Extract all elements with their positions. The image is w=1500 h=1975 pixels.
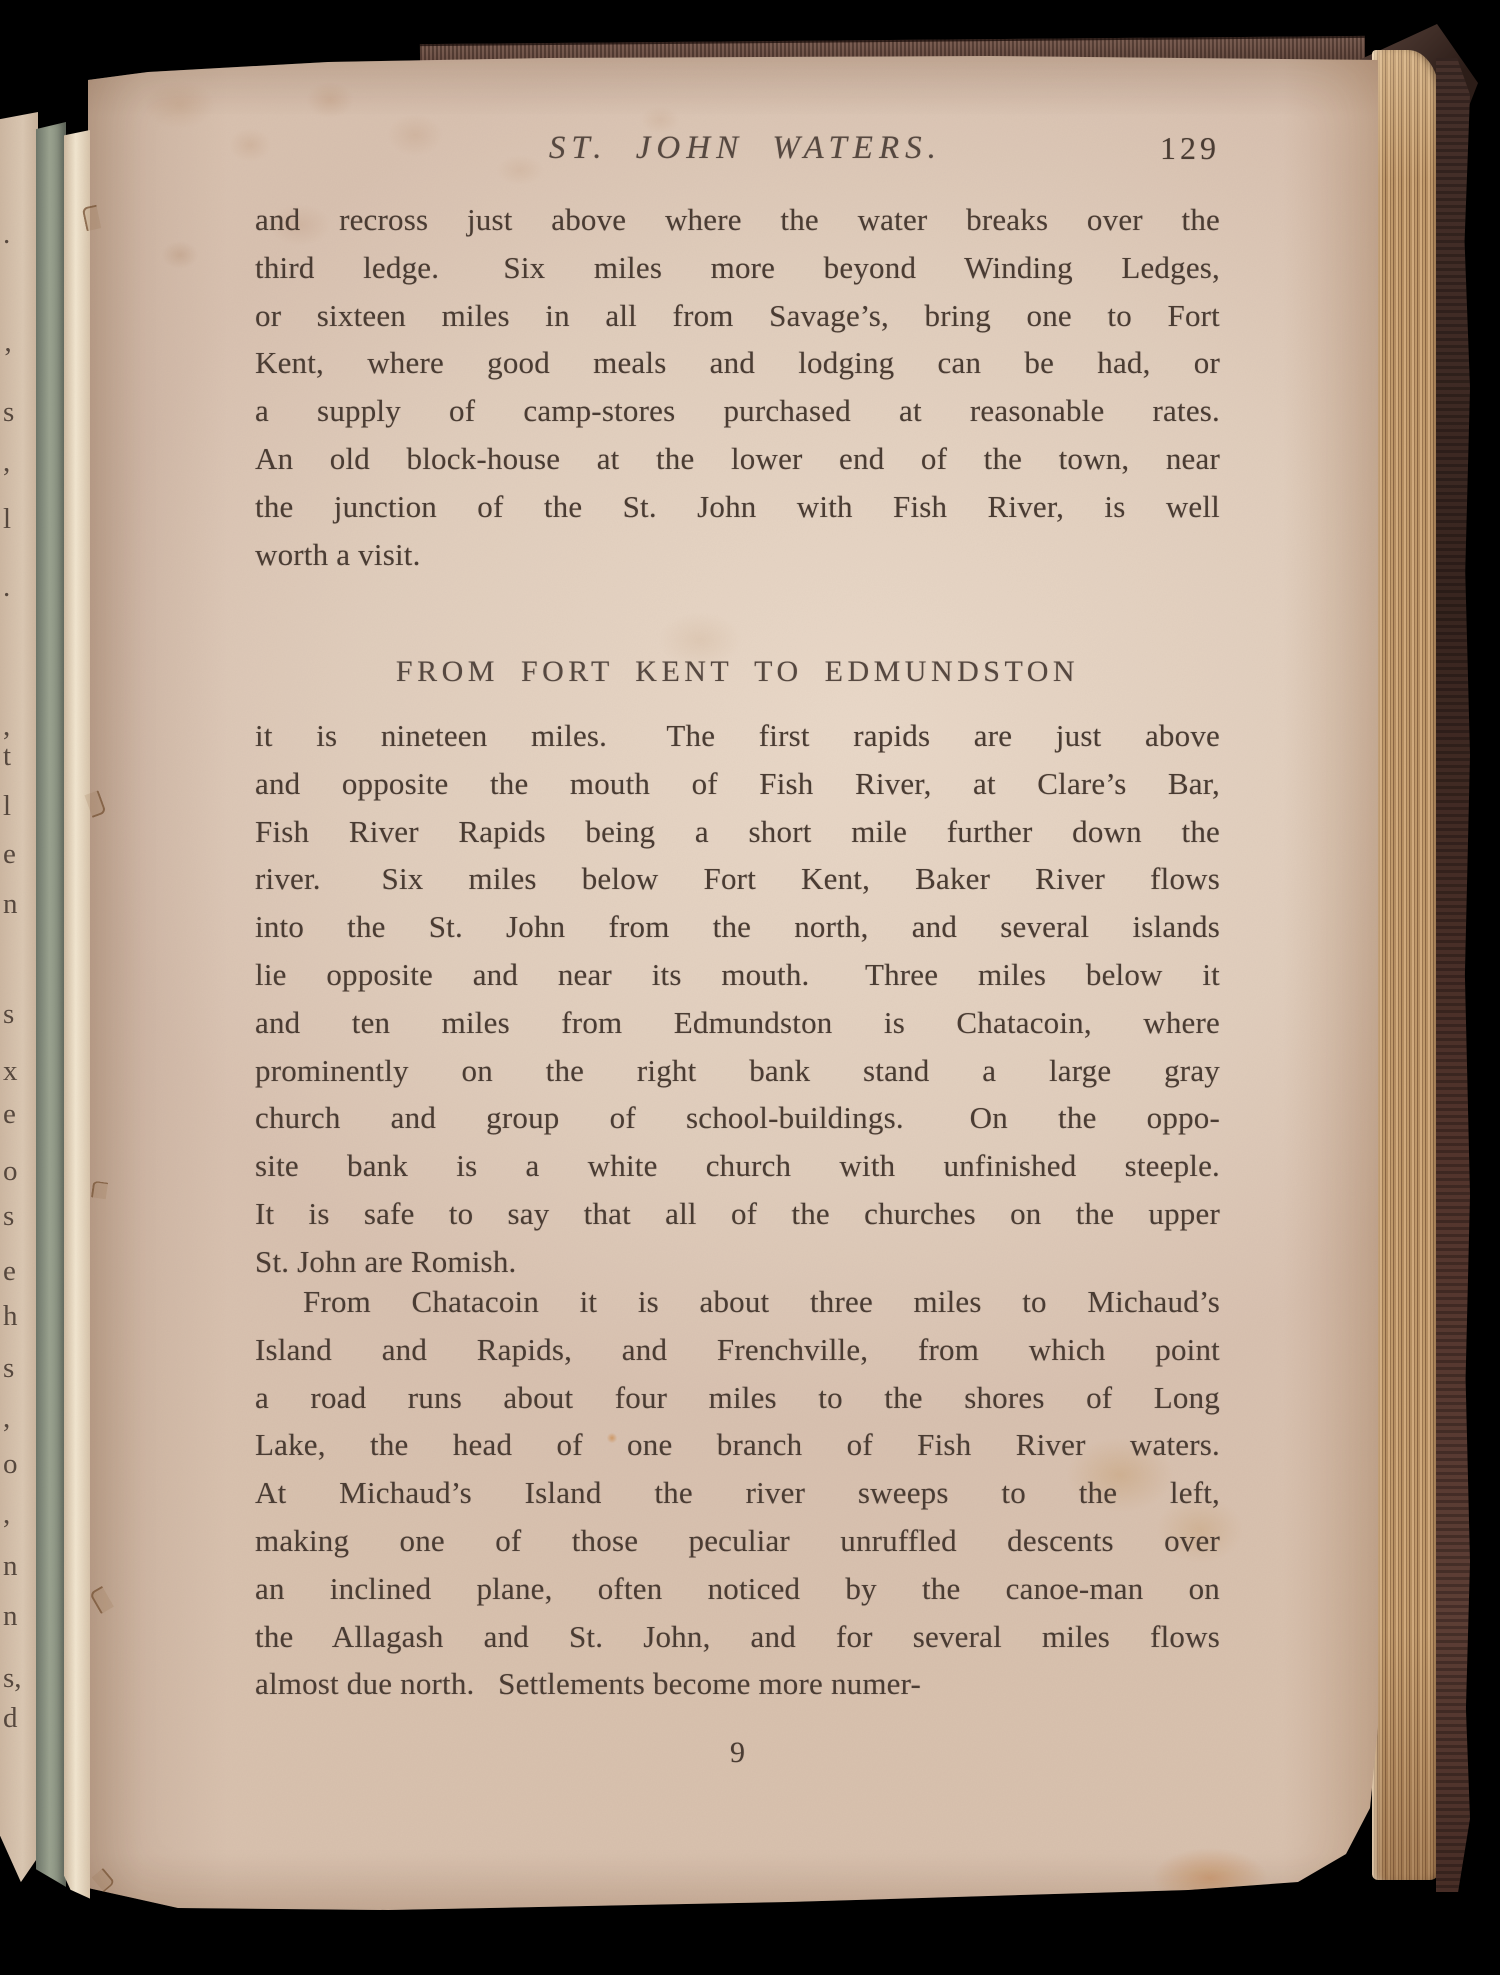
gutter-letter: s <box>3 998 14 1031</box>
text-line: a road runs about four miles to the shor… <box>255 1374 1220 1422</box>
gutter-letter: s, <box>3 1662 22 1695</box>
running-header-title: ST. JOHN WATERS. <box>549 122 942 174</box>
paragraph: it is nineteen miles. The first rapids a… <box>255 712 1220 1286</box>
text-line: it is nineteen miles. The first rapids a… <box>255 712 1220 760</box>
text-line: a supply of camp-stores purchased at rea… <box>255 387 1220 435</box>
gutter-letter: l <box>3 790 11 823</box>
text-line: Fish River Rapids being a short mile fur… <box>255 808 1220 856</box>
gutter-highlight <box>64 130 90 1904</box>
gutter-letter: e <box>3 1098 16 1131</box>
text-line: river. Six miles below Fort Kent, Baker … <box>255 855 1220 903</box>
text-line: Island and Rapids, and Frenchville, from… <box>255 1326 1220 1374</box>
text-line: the junction of the St. John with Fish R… <box>255 483 1220 531</box>
gutter-letter: , <box>3 710 10 743</box>
text-line: making one of those peculiar unruffled d… <box>255 1517 1220 1565</box>
text-line: From Chatacoin it is about three miles t… <box>255 1278 1220 1326</box>
text-line: Kent, where good meals and lodging can b… <box>255 339 1220 387</box>
page-number: 129 <box>1160 122 1220 174</box>
book-photo: .’s,l.,tlensxeosehs,o,nns,d ST. JOHN WAT… <box>0 0 1500 1975</box>
facing-page-edge: .’s,l.,tlensxeosehs,o,nns,d <box>0 112 38 1900</box>
gutter-letter: s <box>3 396 14 429</box>
text-line: and opposite the mouth of Fish River, at… <box>255 760 1220 808</box>
gutter-letter: . <box>3 571 10 604</box>
gutter-shadow <box>36 122 66 1894</box>
text-line: Lake, the head of one branch of Fish Riv… <box>255 1421 1220 1469</box>
text-line: into the St. John from the north, and se… <box>255 903 1220 951</box>
gutter-letter: . <box>3 218 10 251</box>
gutter-letter: s <box>3 1200 14 1233</box>
text-line: and recross just above where the water b… <box>255 196 1220 244</box>
text-line: third ledge. Six miles more beyond Windi… <box>255 244 1220 292</box>
gutter-letter: h <box>3 1300 18 1333</box>
text-line: and ten miles from Edmundston is Chataco… <box>255 999 1220 1047</box>
text-line: At Michaud’s Island the river sweeps to … <box>255 1469 1220 1517</box>
text-line: church and group of school-buildings. On… <box>255 1094 1220 1142</box>
gutter-letter: e <box>3 1255 16 1288</box>
gutter-letter: d <box>3 1702 18 1735</box>
text-line: It is safe to say that all of the church… <box>255 1190 1220 1238</box>
text-line: prominently on the right bank stand a la… <box>255 1047 1220 1095</box>
binding-thread <box>91 1181 108 1200</box>
text-line: almost due north. Settlements become mor… <box>255 1660 1220 1708</box>
gutter-letter: , <box>3 1498 10 1531</box>
gutter-letter: l <box>3 503 11 536</box>
section-heading: FROM FORT KENT TO EDMUNDSTON <box>255 648 1220 696</box>
gutter-letter: n <box>3 1550 18 1583</box>
page-stack-fore-edge <box>1372 50 1440 1880</box>
gutter-letter: s <box>3 1352 14 1385</box>
text-line: An old block-house at the lower end of t… <box>255 435 1220 483</box>
text-line: lie opposite and near its mouth. Three m… <box>255 951 1220 999</box>
gutter-letter: o <box>3 1155 18 1188</box>
gutter-letter: ’ <box>3 342 13 375</box>
gutter-letter: n <box>3 888 18 921</box>
running-header: ST. JOHN WATERS. 129 <box>255 122 1220 174</box>
gutter-letter: x <box>3 1055 18 1088</box>
paragraph: From Chatacoin it is about three miles t… <box>255 1278 1220 1708</box>
gutter-letter: , <box>3 446 10 479</box>
gutter-letter: t <box>3 740 11 773</box>
book-page: ST. JOHN WATERS. 129 and recross just ab… <box>88 46 1378 1918</box>
paragraph: and recross just above where the water b… <box>255 196 1220 578</box>
text-line: site bank is a white church with unfinis… <box>255 1142 1220 1190</box>
text-line: an inclined plane, often noticed by the … <box>255 1565 1220 1613</box>
text-line: the Allagash and St. John, and for sever… <box>255 1613 1220 1661</box>
gutter-letter: n <box>3 1600 18 1633</box>
book-cover-fore-edge <box>1436 58 1470 1892</box>
gutter-letter: o <box>3 1448 18 1481</box>
text-line: worth a visit. <box>255 531 1220 579</box>
gutter-letter: e <box>3 838 16 871</box>
signature-mark: 9 <box>255 1728 1220 1778</box>
gutter-letter: , <box>3 1402 10 1435</box>
text-line: or sixteen miles in all from Savage’s, b… <box>255 292 1220 340</box>
